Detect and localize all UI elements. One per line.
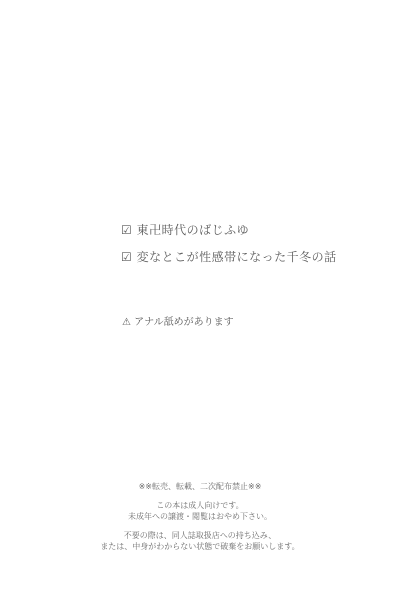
warning-text: アナル舐めがあります: [134, 317, 234, 328]
adult-notice-2: 未成年への譲渡・閲覧はおやめ下さい。: [0, 511, 400, 522]
warning-line: ⚠ アナル舐めがあります: [122, 313, 234, 328]
content-tag-1: ☑ 東卍時代のばじふゆ: [121, 221, 249, 238]
disposal-notice-2: または、中身がわからない状態で破棄をお願いします。: [0, 541, 400, 552]
warning-icon: ⚠: [122, 317, 131, 328]
prohibition-notice: ※※転売、転載、二次配布禁止※※: [0, 481, 400, 492]
checkbox-icon: ☑: [121, 223, 132, 237]
checkbox-icon: ☑: [121, 250, 132, 264]
content-tag-text: 変なとこが性感帯になった千冬の話: [137, 250, 337, 264]
content-tag-2: ☑ 変なとこが性感帯になった千冬の話: [121, 248, 337, 265]
adult-notice-1: この本は成人向けです。: [0, 500, 400, 511]
disposal-notice-1: 不要の際は、同人誌取扱店への持ち込み、: [0, 530, 400, 541]
content-tag-text: 東卍時代のばじふゆ: [137, 223, 250, 237]
